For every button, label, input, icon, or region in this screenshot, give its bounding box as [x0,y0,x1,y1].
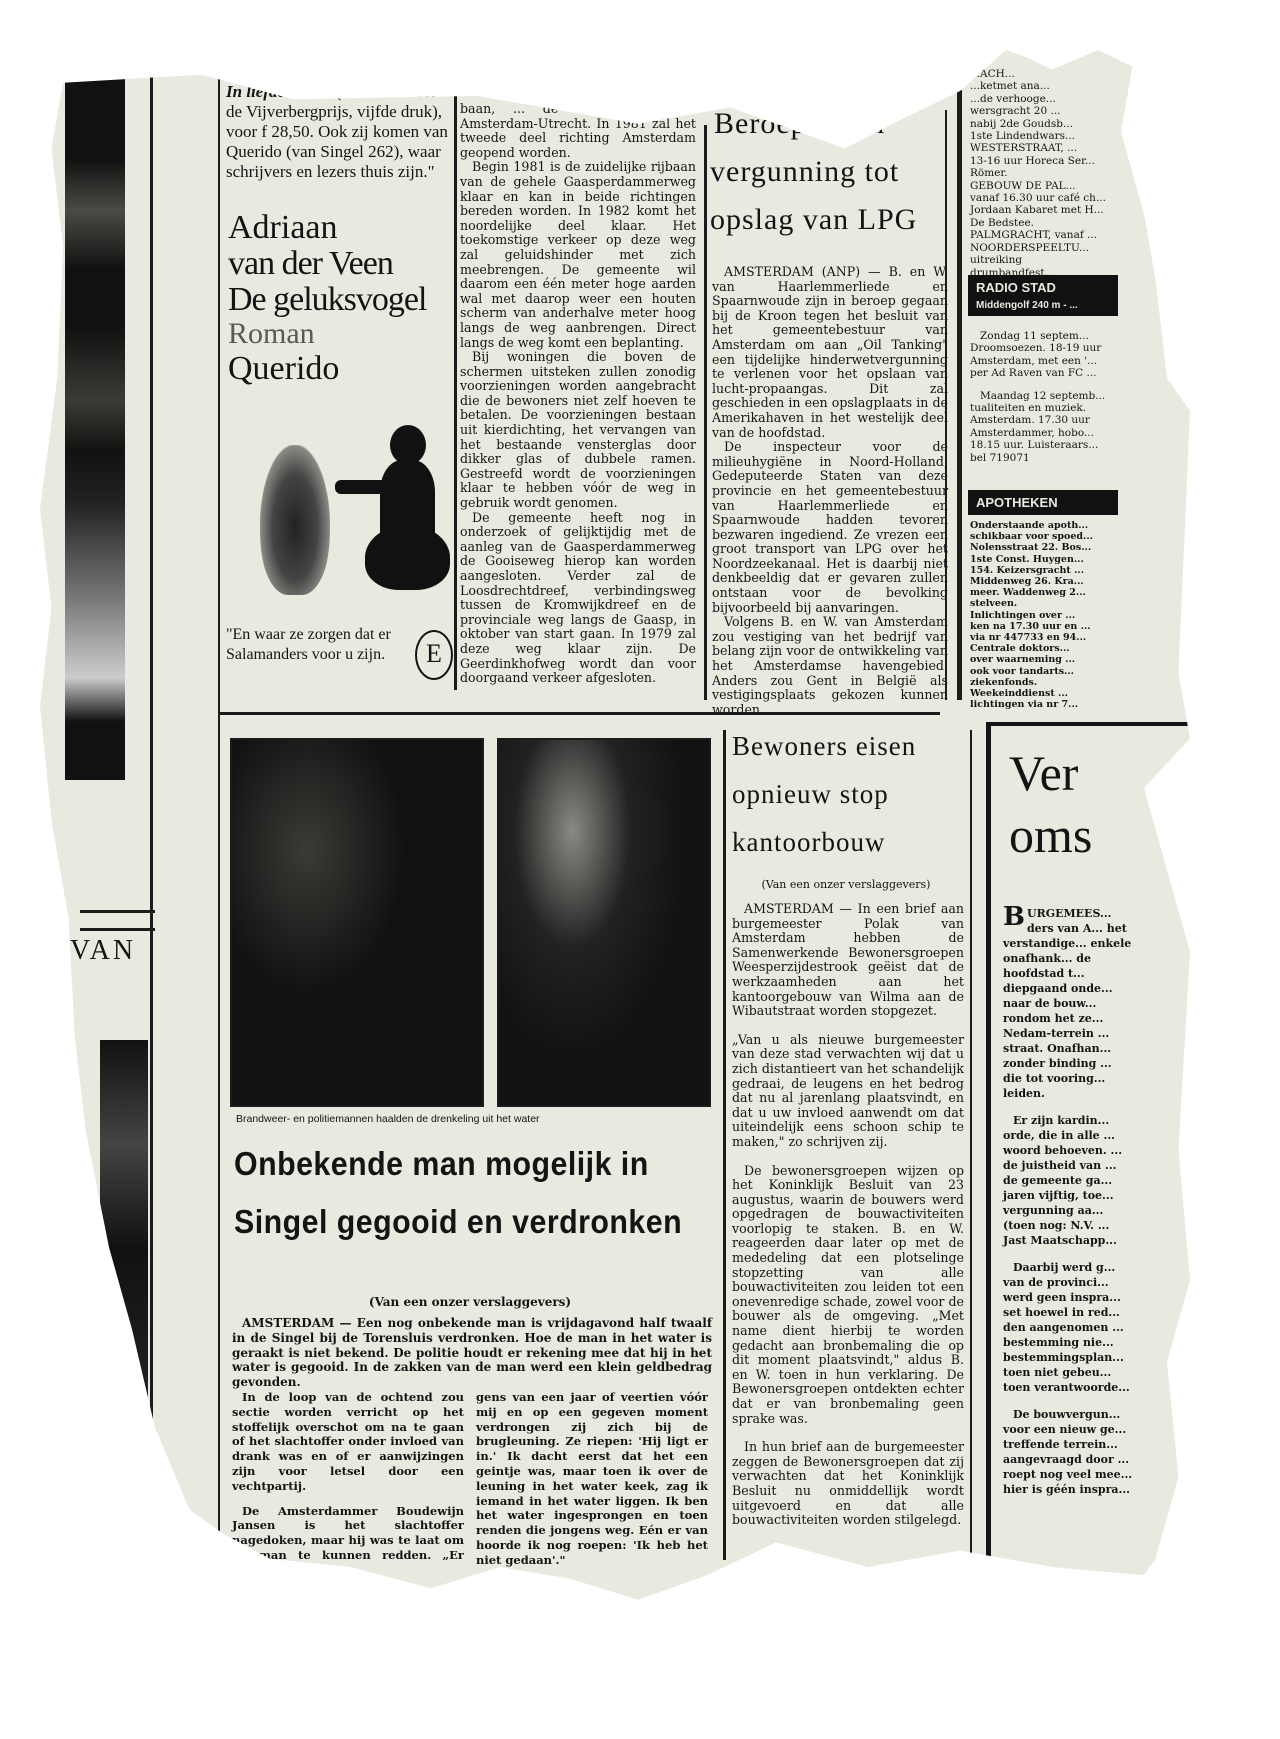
right-paragraph: Daarbij werd g... van de provinci... wer… [1003,1260,1133,1395]
dropcap: B [1003,906,1025,928]
apotheken-title: APOTHEKEN [968,490,1118,515]
agenda-line: Römer. [970,167,1110,179]
apotheek-line: via nr 447733 en 94... [970,632,1115,643]
agenda-line: WESTERSTRAAT, ... [970,142,1110,154]
apotheek-line: 154. Keizersgracht ... [970,565,1115,576]
drowning-lead: AMSTERDAM — Een nog onbekende man is vri… [232,1316,712,1390]
right-paragraph-text: URGEMEES... ders van A... het verstandig… [1003,907,1131,1100]
kantoor-byline: (Van een onzer verslaggevers) [730,878,962,891]
column-rule-3 [704,125,707,700]
radio-stad-title: RADIO STAD [968,275,1118,300]
left-rule-2 [80,928,155,931]
kantoor-headline: Bewoners eisen opnieuw stop kantoorbouw [732,722,962,866]
torn-headline: DOODSLAG ... [260,1662,772,1726]
radio-line: Zondag 11 septem... [970,330,1115,342]
apotheek-line: meer. Waddenweg 2... [970,587,1115,598]
right-paragraph: De bouwvergun... voor een nieuw ge... tr… [1003,1407,1133,1497]
right-headline-line: oms [991,804,1211,866]
agenda-line: vanaf 16.30 uur café ch... [970,192,1110,204]
drowning-headline-line: Onbekende man mogelijk in [234,1135,712,1193]
agenda-line: De Bedstee. [970,217,1110,229]
kantoor-paragraph: AMSTERDAM — In een brief aan burgemeeste… [732,902,964,1019]
apotheek-line: Nolensstraat 22. Bos... [970,542,1115,553]
lpg-headline: Beroep tegen vergunning tot opslag van L… [710,100,950,244]
apotheek-line: Middenweg 26. Kra... [970,576,1115,587]
lpg-paragraph: De inspecteur voor de milieuhygiëne in N… [712,440,948,615]
drowning-paragraph: gens van een jaar of veertien vóór mij e… [476,1390,708,1568]
apotheken-list: Onderstaande apoth... schikbaar voor spo… [970,520,1115,710]
kantoor-headline-line: opnieuw stop [732,770,962,818]
apotheken-box: APOTHEKEN [968,490,1118,515]
agenda-line: 13-16 uur Horeca Ser... [970,155,1110,167]
news-photo-rescue-1 [230,738,484,1107]
agenda-line: ...de verhooge... [970,93,1110,105]
kantoor-paragraph: In hun brief aan de burgemeester zeggen … [732,1440,964,1528]
column-rule-6 [970,730,972,1560]
apotheek-line: over waarneming ... [970,654,1115,665]
radio-line [970,380,1115,390]
radio-stad-box: RADIO STAD Middengolf 240 m - ... [968,275,1118,316]
apotheek-line: Centrale doktors... [970,643,1115,654]
drowning-col-1: In de loop van de ochtend zou sectie wor… [232,1390,464,1578]
ad-book-title: De geluksvogel [228,282,458,318]
radio-schedule: Zondag 11 septem... Droomsoezen. 18-19 u… [970,330,1115,464]
newspaper-clipping: VAN In liefdesnaam (bekroond met de Vijv… [40,50,1190,1690]
lpg-headline-line: vergunning tot [710,148,950,196]
ad-book-cover: Adriaan van der Veen De geluksvogel Roma… [228,210,458,388]
road-paragraph: Bij woningen die boven de schermen uitst… [460,350,696,511]
drowning-paragraph: De Amsterdammer Boudewijn Jansen is het … [232,1504,464,1578]
kantoor-paragraph: De bewonersgroepen wijzen op het Koninkl… [732,1164,964,1427]
road-paragraph: baan, ... de Muntbergweg ... Amsterdam-U… [460,102,696,160]
column-rule-4b [957,90,962,700]
ad-intro: In liefdesnaam (bekroond met de Vijverbe… [226,82,454,182]
radio-line: bel 719071 [970,452,1115,464]
right-article-body: BURGEMEES... ders van A... het verstandi… [991,906,1133,1497]
apotheek-line: schikbaar voor spoed... [970,531,1115,542]
ad-genre: Roman [228,318,458,350]
road-paragraph: De gemeente heeft nog in onderzoek of ge… [460,511,696,686]
left-column-rule [150,50,153,1570]
agenda-line: PALMGRACHT, vanaf ... [970,229,1110,241]
ad-caption: "En waar ze zorgen dat er Salamanders vo… [226,625,396,665]
lpg-paragraph: AMSTERDAM (ANP) — B. en W. van Haarlemme… [712,265,948,440]
left-fragment-text: VAN [70,935,136,967]
radio-line: per Ad Raven van FC ... [970,367,1115,379]
photo-caption: Brandweer- en politiemannen haalden de d… [236,1113,716,1125]
ad-illustration-vase [260,445,330,595]
agenda-top: ...ACH... ...ketmet ana... ...de verhoog… [970,68,1110,279]
apotheek-line: ziekenfonds. [970,677,1115,688]
drowning-headline-line: Singel gegooid en verdronken [234,1193,712,1251]
kantoor-article-body: AMSTERDAM — In een brief aan burgemeeste… [732,902,964,1528]
ad-publisher-logo: E [415,630,453,680]
apotheek-line: Inlichtingen over ... [970,610,1115,621]
ad-publisher: Querido [228,350,458,388]
road-paragraph: Begin 1981 is de zuidelijke rijbaan van … [460,160,696,350]
agenda-line: nabij 2de Goudsb... [970,118,1110,130]
right-article-box: Ver oms BURGEMEES... ders van A... het v… [986,722,1211,1576]
kantoor-paragraph: „Van u als nieuwe burgemeester van deze … [732,1033,964,1150]
apotheek-line: Weekeinddienst ... [970,688,1115,699]
radio-line: tualiteiten en muziek. [970,402,1115,414]
apotheek-line: ken na 17.30 uur en ... [970,621,1115,632]
drowning-paragraph: In de loop van de ochtend zou sectie wor… [232,1390,464,1494]
radio-line: Maandag 12 septemb... [970,390,1115,402]
kantoor-headline-line: Bewoners eisen [732,722,962,770]
drowning-lead-text: AMSTERDAM — Een nog onbekende man is vri… [232,1316,712,1390]
apotheek-line: 1ste Const. Huygen... [970,554,1115,565]
right-headline-line: Ver [991,742,1211,804]
bottom-divider [200,1612,990,1615]
ad-author-first: Adriaan [228,210,458,246]
ad-left-rule [218,60,220,1580]
agenda-line: NOORDERSPEELTU... [970,242,1110,254]
agenda-line: 1ste Lindendwars... [970,130,1110,142]
column-rule-4 [945,110,947,700]
left-photo-fragment [65,50,125,780]
drowning-byline: (Van een onzer verslaggevers) [230,1295,710,1309]
agenda-line: Jordaan Kabaret met H... [970,204,1110,216]
ad-illustration-figure [340,425,450,595]
apotheek-line: Onderstaande apoth... [970,520,1115,531]
radio-line: 18.15 uur. Luisteraars... [970,439,1115,451]
lpg-article-body: AMSTERDAM (ANP) — B. en W. van Haarlemme… [712,265,948,717]
agenda-line: ...ACH... [970,68,1110,80]
radio-line: Amsterdam. 17.30 uur [970,414,1115,426]
radio-line: Amsterdam, met een '... [970,355,1115,367]
column-rule-2 [454,90,457,690]
agenda-line: GEBOUW DE PAL... [970,180,1110,192]
apotheek-line: ook voor tandarts... [970,666,1115,677]
radio-line: Droomsoezen. 18-19 uur [970,342,1115,354]
publisher-logo-icon: E [426,639,442,668]
ad-author-last: van der Veen [228,246,458,282]
apotheek-line: stelveen. [970,598,1115,609]
drowning-headline: Onbekende man mogelijk in Singel gegooid… [234,1135,754,1251]
lpg-paragraph: Volgens B. en W. van Amsterdam zou vesti… [712,615,948,717]
right-paragraph: BURGEMEES... ders van A... het verstandi… [1003,906,1133,1101]
radio-line: Amsterdammer, hobo... [970,427,1115,439]
right-paragraph: Er zijn kardin... orde, die in alle ... … [1003,1113,1133,1248]
agenda-line: wersgracht 20 ... [970,105,1110,117]
ad-intro-italic: In liefdesnaam [226,82,331,101]
drowning-col-2: gens van een jaar of veertien vóór mij e… [476,1390,708,1568]
road-article: baan, ... de Muntbergweg ... Amsterdam-U… [460,102,696,686]
radio-stad-subtitle: Middengolf 240 m - ... [968,300,1118,316]
kantoor-headline-line: kantoorbouw [732,818,962,866]
section-divider [220,712,940,715]
lpg-headline-line: opslag van LPG [710,196,950,244]
apotheek-line: lichtingen via nr 7... [970,699,1115,710]
left-lower-fragment [100,1040,148,1560]
lpg-headline-line: Beroep tegen [710,100,950,148]
news-photo-rescue-2 [497,738,711,1107]
bottom-headline: Inbrekers mishandelden bejaarde vrouw [200,1628,589,1654]
left-rule-1 [80,910,155,913]
agenda-line: ...ketmet ana... [970,80,1110,92]
